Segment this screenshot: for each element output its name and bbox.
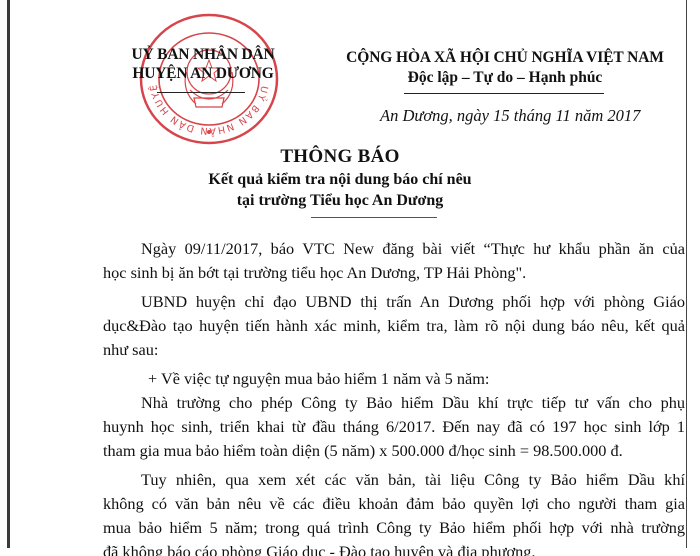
date-place: An Dương, ngày 15 tháng 11 năm 2017 xyxy=(380,106,690,126)
motto-underline xyxy=(404,93,604,94)
body-line: đã không báo cáo phòng Giáo dục - Đào tạ… xyxy=(103,540,685,556)
body-line: học sinh bị ăn bớt tại trường tiểu học A… xyxy=(103,261,685,285)
issuing-authority: UỶ BAN NHÂN DÂN HUYỆN AN DƯƠNG xyxy=(118,45,288,83)
body-line: dục&Đào tạo huyện tiến hành xác minh, ki… xyxy=(103,314,685,338)
page-right-border xyxy=(686,0,687,548)
authority-line-2: HUYỆN AN DƯƠNG xyxy=(118,64,288,83)
document-body: Ngày 09/11/2017, báo VTC New đăng bài vi… xyxy=(103,237,685,556)
body-line: UBND huyện chỉ đạo UBND thị trấn An Dươn… xyxy=(103,290,685,314)
authority-line-1: UỶ BAN NHÂN DÂN xyxy=(118,45,288,64)
page-left-border xyxy=(7,0,10,548)
document-subtitle-1: Kết quả kiểm tra nội dung báo chí nêu xyxy=(190,169,490,190)
document-title-block: THÔNG BÁO Kết quả kiểm tra nội dung báo … xyxy=(190,145,490,211)
national-motto: Độc lập – Tự do – Hạnh phúc xyxy=(330,68,680,88)
body-line: không có văn bản nêu về các điều khoản đ… xyxy=(103,492,685,516)
document-subtitle-2: tại trường Tiểu học An Dương xyxy=(190,190,490,211)
body-line: Ngày 09/11/2017, báo VTC New đăng bài vi… xyxy=(103,237,685,261)
body-line: tham gia mua bảo hiểm toàn diện (5 năm) … xyxy=(103,439,685,463)
body-line: huynh học sinh, triển khai từ đầu tháng … xyxy=(103,415,685,439)
body-line: + Về việc tự nguyện mua bảo hiểm 1 năm v… xyxy=(103,367,685,391)
national-header: CỘNG HÒA XÃ HỘI CHỦ NGHĨA VIỆT NAM Độc l… xyxy=(330,48,680,88)
body-line: như sau: xyxy=(103,338,685,362)
body-line: Tuy nhiên, qua xem xét các văn bản, tài … xyxy=(103,468,685,492)
body-line: Nhà trường cho phép Công ty Bảo hiểm Dầu… xyxy=(103,391,685,415)
body-line: mua bảo hiểm 5 năm; trong quá trình Công… xyxy=(103,516,685,540)
document-title: THÔNG BÁO xyxy=(190,145,490,169)
authority-underline xyxy=(157,92,245,93)
title-underline xyxy=(311,217,437,218)
nation-name: CỘNG HÒA XÃ HỘI CHỦ NGHĨA VIỆT NAM xyxy=(330,48,680,68)
